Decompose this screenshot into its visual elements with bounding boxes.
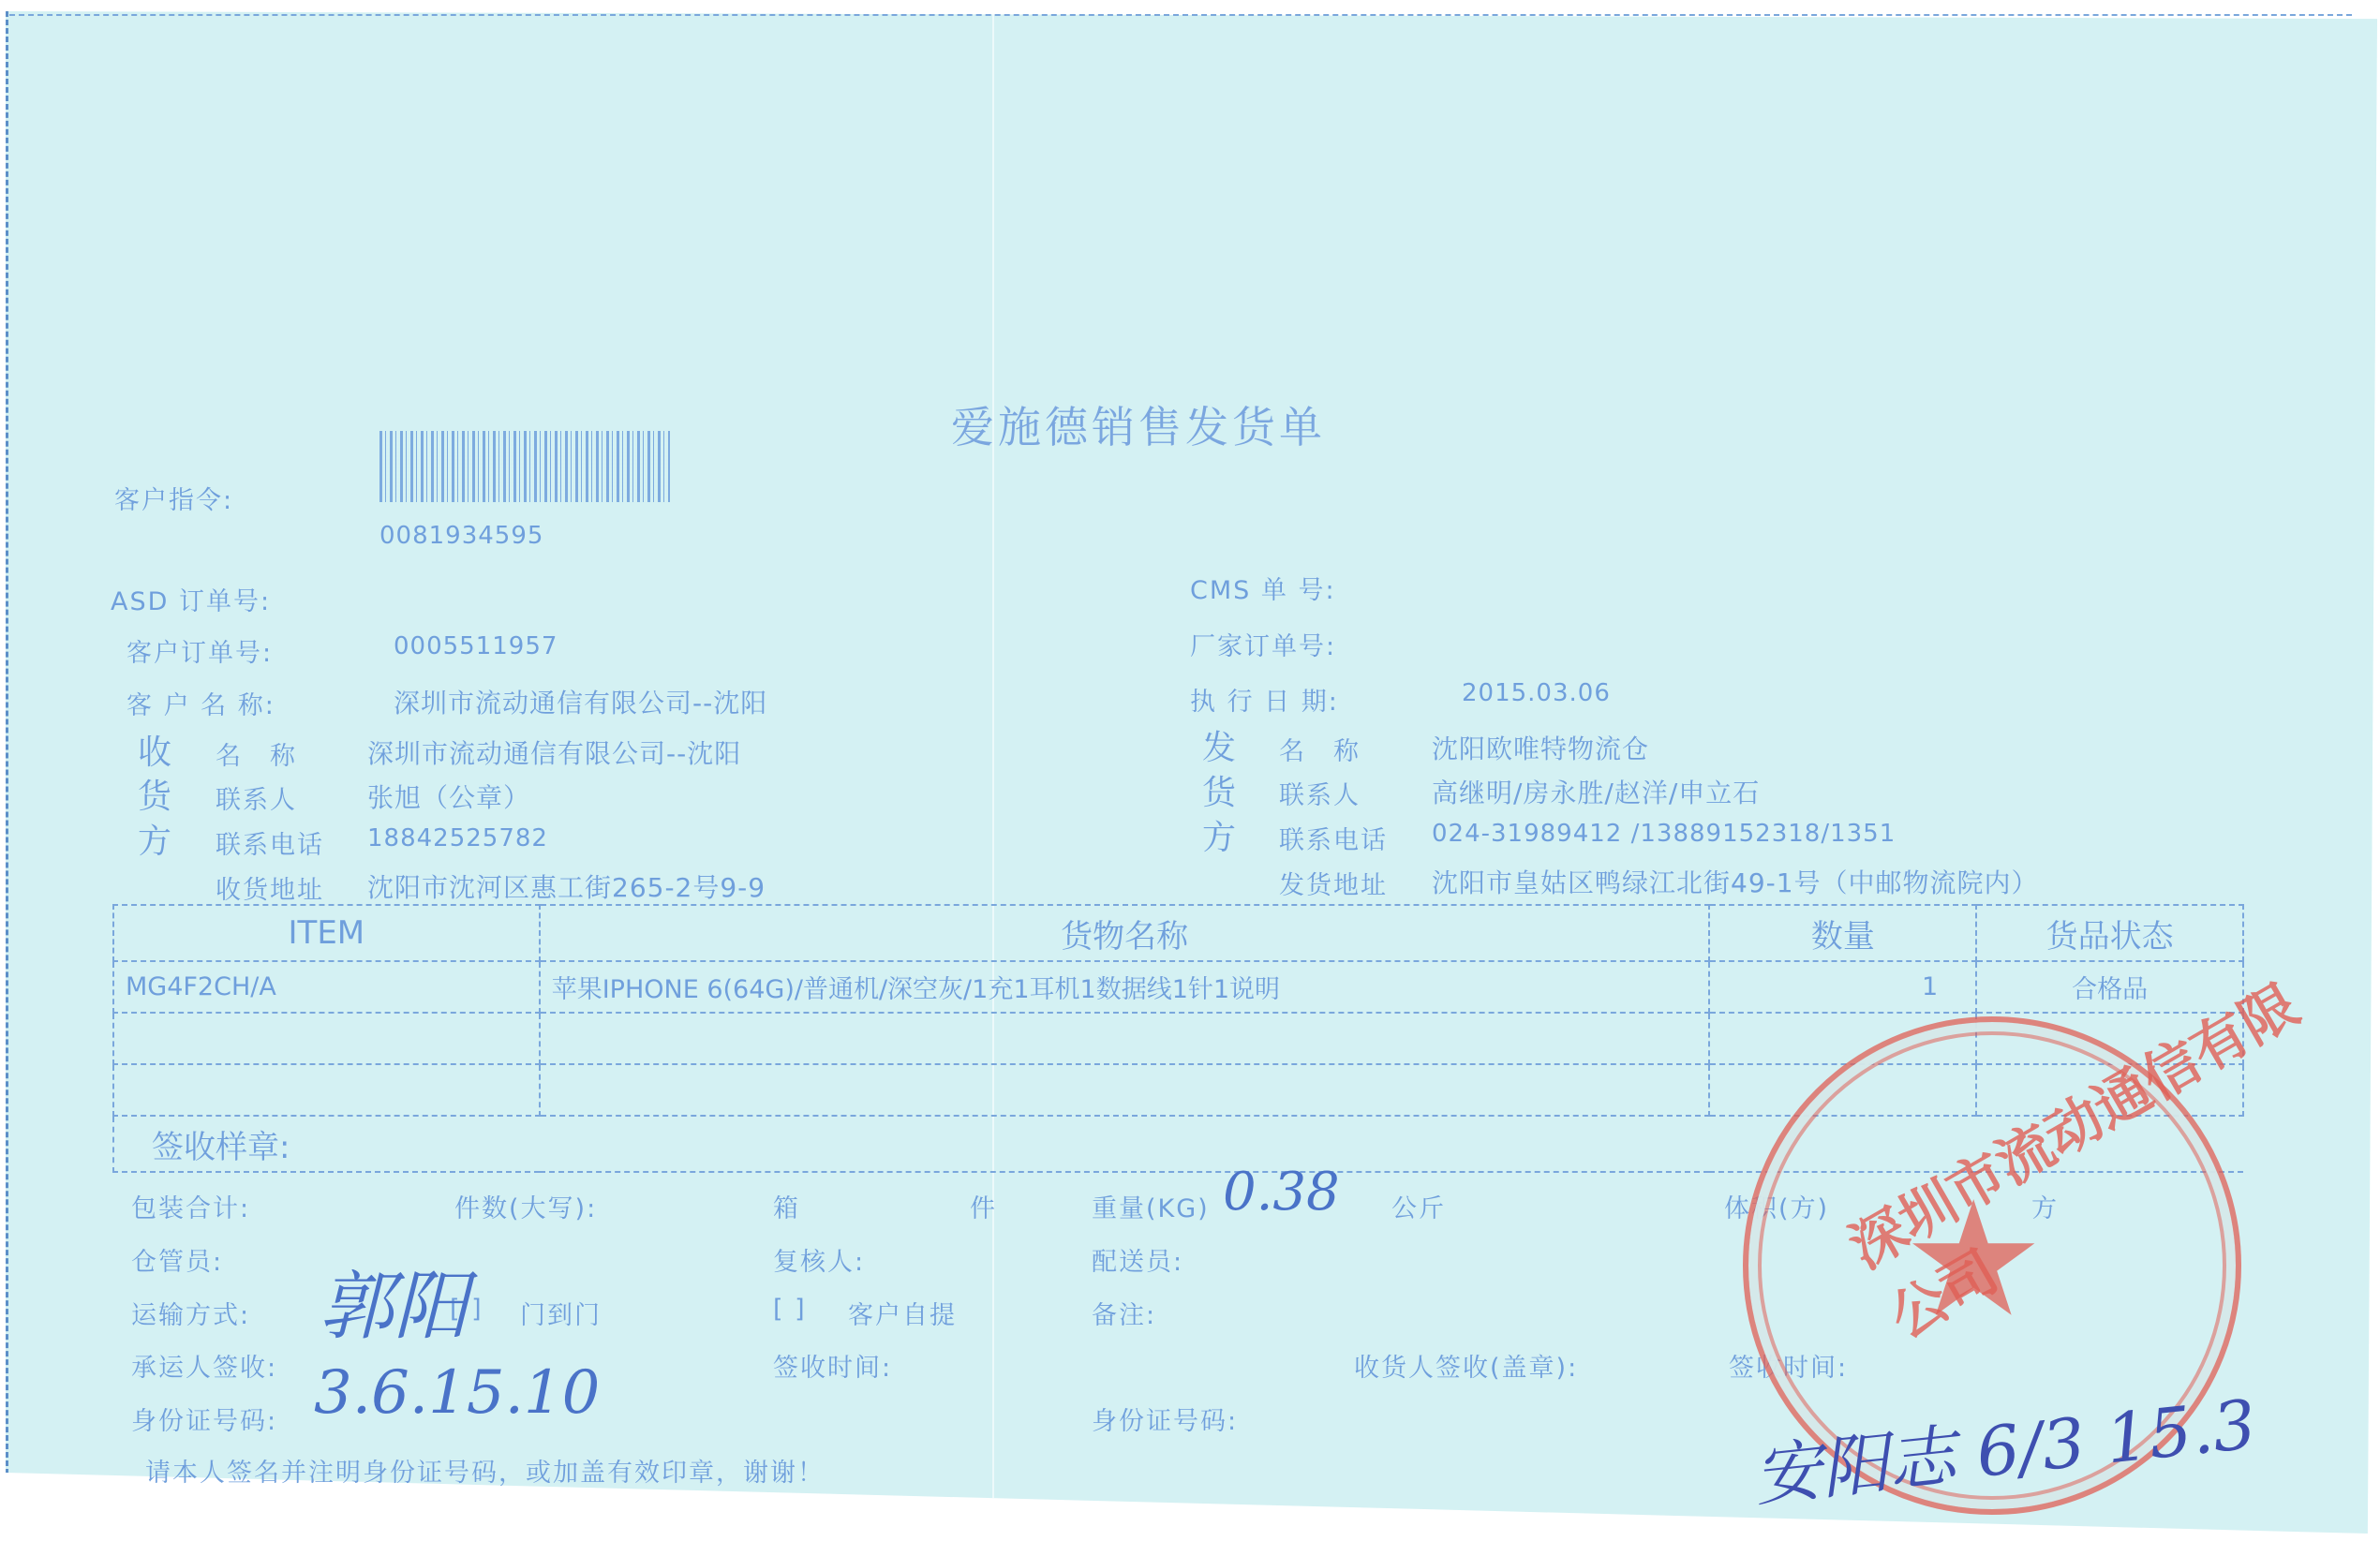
- receiver-side-label-1: 收: [138, 726, 171, 774]
- cell-item: [113, 1013, 540, 1064]
- column-header-status: 货品状态: [1976, 905, 2243, 961]
- cell-item: MG4F2CH/A: [113, 961, 540, 1013]
- column-header-goods-name: 货物名称: [540, 905, 1710, 961]
- receiver-contact-label: 联系人: [216, 779, 297, 816]
- id-number-value: 3.6.15.10: [314, 1358, 600, 1428]
- document-title: 爱施德销售发货单: [951, 393, 1326, 455]
- customer-order-label: 客户订单号:: [126, 632, 273, 669]
- exec-date-value: 2015.03.06: [1462, 679, 1611, 707]
- receiver-phone-label: 联系电话: [216, 824, 324, 861]
- cms-label: CMS 单 号:: [1190, 570, 1336, 606]
- cell-item: [113, 1064, 540, 1116]
- shipper-phone-label: 联系电话: [1279, 820, 1388, 856]
- receiver-side-label-2: 货: [138, 770, 171, 818]
- cell-goods-name: 苹果IPHONE 6(64G)/普通机/深空灰/1充1耳机1数据线1针1说明: [540, 961, 1710, 1013]
- transport-method-label: 运输方式:: [131, 1295, 250, 1331]
- table-header-row: ITEM 货物名称 数量 货品状态: [113, 905, 2243, 961]
- shipper-side-label-2: 货: [1202, 766, 1236, 814]
- shipper-address-value: 沈阳市皇姑区鸭绿江北街49-1号（中邮物流院内）: [1432, 863, 2039, 900]
- shipper-address-label: 发货地址: [1279, 865, 1388, 901]
- receiver-address-value: 沈阳市沈河区惠工街265-2号9-9: [367, 867, 766, 905]
- shipper-side-label-1: 发: [1202, 721, 1236, 769]
- door-to-door-label: 门到门: [520, 1295, 602, 1331]
- receiver-name-label: 名 称: [216, 735, 297, 772]
- shipper-phone-value: 024-31989412 /13889152318/1351: [1432, 820, 1896, 848]
- customer-name-label: 客 户 名 称:: [126, 685, 275, 721]
- customer-order-value: 0005511957: [394, 632, 558, 660]
- cell-quantity: 1: [1709, 961, 1976, 1013]
- box-label: 箱: [773, 1188, 800, 1224]
- self-pickup-checkbox[interactable]: [ ]: [773, 1295, 807, 1324]
- id-number-label: 身份证号码:: [131, 1400, 277, 1437]
- remark-label: 备注:: [1092, 1295, 1156, 1331]
- factory-order-label: 厂家订单号:: [1190, 626, 1336, 662]
- weight-label: 重量(KG): [1092, 1188, 1210, 1224]
- carrier-signature: 郭阳: [319, 1246, 469, 1354]
- kg-label: 公斤: [1391, 1188, 1446, 1224]
- receiver-address-label: 收货地址: [216, 869, 324, 906]
- exec-date-label: 执 行 日 期:: [1190, 681, 1339, 718]
- perforation-line: [9, 14, 2352, 16]
- shipper-name-value: 沈阳欧唯特物流仓: [1432, 729, 1649, 766]
- shipper-contact-label: 联系人: [1279, 775, 1361, 811]
- id-number-label-right: 身份证号码:: [1092, 1400, 1238, 1437]
- cell-goods-name: [540, 1064, 1710, 1116]
- shipper-name-label: 名 称: [1279, 731, 1361, 767]
- carrier-sign-time-label: 签收时间:: [773, 1347, 892, 1384]
- customer-name-value: 深圳市流动通信有限公司--沈阳: [394, 683, 767, 720]
- piece-label: 件: [970, 1188, 997, 1224]
- shipper-side-label-3: 方: [1202, 811, 1236, 859]
- pieces-label: 件数(大写):: [454, 1188, 597, 1224]
- customer-instruction-label: 客户指令:: [114, 480, 233, 516]
- asd-order-label: ASD 订单号:: [111, 581, 271, 617]
- barcode-icon: [379, 431, 670, 502]
- receiver-phone-value: 18842525782: [367, 824, 548, 852]
- reviewer-label: 复核人:: [773, 1241, 865, 1278]
- table-row: MG4F2CH/A 苹果IPHONE 6(64G)/普通机/深空灰/1充1耳机1…: [113, 961, 2243, 1013]
- receiver-name-value: 深圳市流动通信有限公司--沈阳: [367, 734, 741, 771]
- consignee-sign-label: 收货人签收(盖章):: [1354, 1347, 1578, 1384]
- signing-note: 请本人签名并注明身份证号码，或加盖有效印章，谢谢！: [145, 1452, 825, 1489]
- cell-goods-name: [540, 1013, 1710, 1064]
- receiver-side-label-3: 方: [138, 815, 171, 863]
- customer-instruction-number: 0081934595: [379, 522, 543, 550]
- shipper-contact-value: 高继明/房永胜/赵洋/申立石: [1432, 773, 1760, 810]
- delivery-person-label: 配送员:: [1092, 1241, 1183, 1278]
- weight-value: 0.38: [1223, 1162, 1340, 1223]
- carrier-sign-label: 承运人签收:: [131, 1347, 277, 1384]
- warehouse-keeper-label: 仓管员:: [131, 1241, 223, 1278]
- self-pickup-label: 客户自提: [848, 1295, 957, 1331]
- receiver-contact-value: 张旭（公章）: [367, 778, 530, 815]
- package-total-label: 包装合计:: [131, 1188, 250, 1224]
- column-header-item: ITEM: [113, 905, 540, 961]
- column-header-quantity: 数量: [1709, 905, 1976, 961]
